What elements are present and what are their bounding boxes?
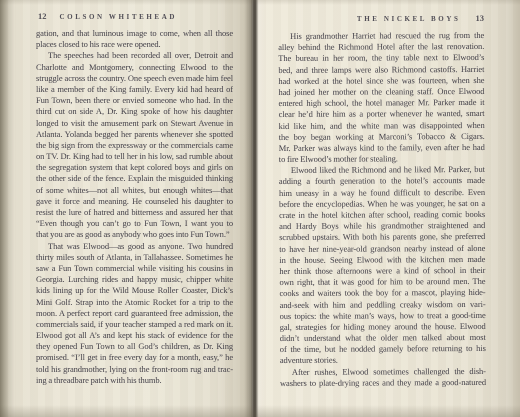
text-line: After rushes, Elwood sometimes challenge…: [280, 366, 486, 378]
text-line: scrubbed upstairs. With both his parents…: [279, 231, 485, 243]
text-line: kid like him, and the white man was disa…: [279, 119, 485, 131]
text-line: that you are as good as anybody who goes…: [36, 229, 233, 240]
running-head-title: THE NICKEL BOYS: [357, 15, 461, 23]
text-line: him uneasy in a way he found difficult t…: [279, 187, 485, 199]
text-line: of some whites—not all whites, but enoug…: [36, 185, 233, 196]
text-line: resist the lure of hatred and bitterness…: [36, 207, 233, 218]
text-line: the big sign from the expressway or the …: [36, 140, 233, 151]
running-head-author: COLSON WHITEHEAD: [60, 13, 178, 21]
text-line: promised. “I’ll get in free every day fo…: [36, 352, 233, 363]
text-line: The bureau in her room, the tiny table n…: [278, 52, 484, 64]
text-line: the other side of the fence. Explain the…: [36, 173, 233, 184]
text-line: The speeches had been recorded all over,…: [36, 50, 233, 61]
text-line: gation, and that luminous image to come,…: [36, 28, 233, 39]
text-line: to have her nine-year-old grandson nearb…: [279, 242, 485, 254]
text-line: gave it force and meaning. He counseled …: [36, 196, 233, 207]
paragraph: The speeches had been recorded all over,…: [36, 50, 233, 240]
book-gutter-shadow: [244, 0, 266, 417]
page-header-right: THE NICKEL BOYS 13: [357, 13, 484, 23]
text-line: That was Elwood—as good as anyone. Two h…: [36, 241, 233, 252]
text-block-right: His grandmother Harriet had rescued the …: [278, 30, 486, 389]
text-line: thirty miles south of Atlanta, in Tallah…: [36, 252, 233, 263]
text-line: told his grandmother, lying on the front…: [36, 364, 233, 375]
photo-bottom-shadow: [0, 405, 520, 417]
text-line: Georgia. Lurching rides and happy music,…: [36, 274, 233, 285]
text-line: Mr. Parker was always kind to the family…: [279, 142, 485, 154]
page-number-left: 12: [38, 11, 47, 21]
text-line: ing a threadbare patch with his thumb.: [36, 375, 233, 386]
text-line: clear he’d hire him as a porter whenever…: [279, 108, 485, 120]
text-line: saw a Fun Town commercial while visiting…: [36, 263, 233, 274]
page-number-right: 13: [476, 13, 485, 23]
text-line: places closed to his race were opened.: [36, 39, 233, 50]
text-line: “Even though you can’t go to Fun Town, I…: [36, 218, 233, 229]
text-line: and-seek with him and peddling creaky wi…: [280, 298, 486, 310]
text-line: washers to plate-drying races and they m…: [280, 377, 486, 389]
page-right: THE NICKEL BOYS 13 His grandmother Harri…: [258, 0, 520, 417]
paragraph: His grandmother Harriet had rescued the …: [278, 30, 485, 165]
photo-top-shadow: [0, 0, 520, 5]
text-line: Fun Town, been there or envied someone w…: [36, 95, 233, 106]
paragraph: After rushes, Elwood sometimes challenge…: [280, 366, 486, 389]
paragraph: That was Elwood—as good as anyone. Two h…: [36, 241, 233, 386]
page-left: 12 COLSON WHITEHEAD gation, and that lum…: [0, 0, 252, 417]
text-line: Charlotte and Montgomery, connecting Elw…: [36, 62, 233, 73]
paragraph: gation, and that luminous image to come,…: [36, 28, 233, 50]
text-block-left: gation, and that luminous image to come,…: [36, 28, 233, 386]
text-line: adding a fourth generation to the hotel’…: [279, 175, 485, 187]
text-line: the segregation system that kept colored…: [36, 162, 233, 173]
text-line: on TV. Dr. King had to tell her in his l…: [36, 151, 233, 162]
text-line: moon. A perfect report card guaranteed f…: [36, 308, 233, 319]
text-line: the boy began working at Marconi’s Tobac…: [279, 131, 485, 143]
text-line: of the time, but he nodded gamely before…: [280, 343, 486, 355]
text-line: bed, and three lamps were also Richmond …: [278, 63, 484, 75]
text-line: ous topics: the white man’s ways, how to…: [280, 310, 486, 322]
text-line: kids lining up for the Wild Mouse Roller…: [36, 285, 233, 296]
text-line: like a member of the King family. Every …: [36, 84, 233, 95]
text-line: Elwood got all A’s and kept his stack of…: [36, 330, 233, 341]
text-line: Atlanta. Yolanda begged her parents when…: [36, 129, 233, 140]
text-line: commercials said, if your teacher stampe…: [36, 319, 233, 330]
text-line: struggle across the country. One speech …: [36, 73, 233, 84]
text-line: longed to visit the amusement park on St…: [36, 118, 233, 129]
page-header-left: 12 COLSON WHITEHEAD: [38, 11, 177, 21]
paragraph: Elwood liked the Richmond and he liked M…: [279, 164, 486, 366]
text-line: cooks and waiters took the boy for a mas…: [279, 287, 485, 299]
open-book-photo: 12 COLSON WHITEHEAD gation, and that lum…: [0, 0, 520, 417]
text-line: third cut on side A, Dr. King spoke of h…: [36, 106, 233, 117]
text-line: Mini Golf. Strap into the Atomic Rocket …: [36, 297, 233, 308]
text-line: they opened Fun Town to all God’s childr…: [36, 341, 233, 352]
